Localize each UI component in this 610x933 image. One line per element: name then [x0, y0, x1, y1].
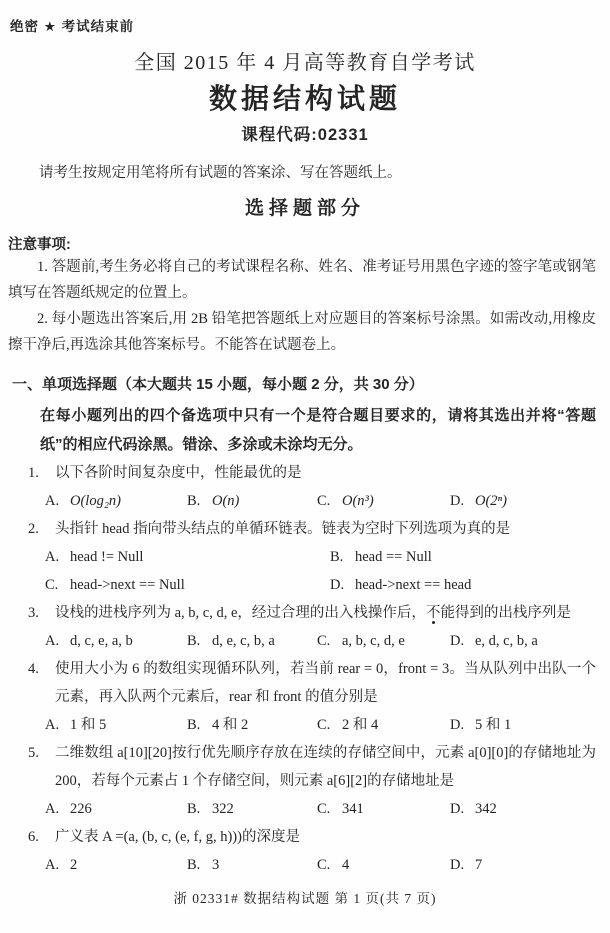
option-label: A.	[45, 851, 70, 879]
question-3-number: 3.	[28, 599, 55, 627]
question-3-option-c: C.a, b, c, d, e	[317, 627, 450, 655]
option-label: B.	[187, 627, 212, 655]
exam-paper-page: 绝密 ★ 考试结束前 全国 2015 年 4 月高等教育自学考试 数据结构试题 …	[0, 0, 610, 933]
question-1-option-c: C.O(n³)	[317, 487, 450, 515]
notes-heading: 注意事项:	[8, 233, 610, 254]
question-4-stem-row: 4. 使用大小为 6 的数组实现循环队列，若当前 rear = 0，front …	[28, 655, 596, 711]
question-5: 5. 二维数组 a[10][20]按行优先顺序存放在连续的存储空间中，元素 a[…	[28, 739, 596, 823]
question-1-option-a: A.O(log₂n)	[45, 487, 187, 515]
classification-banner: 绝密 ★ 考试结束前	[0, 0, 610, 35]
question-1-stem: 以下各阶时间复杂度中，性能最优的是	[55, 459, 596, 487]
option-text: head == Null	[355, 549, 432, 565]
option-text: 4 和 2	[212, 717, 248, 733]
option-label: D.	[450, 487, 475, 515]
question-1-number: 1.	[28, 459, 55, 487]
question-3-stem: 设栈的进栈序列为 a, b, c, d, e，经过合理的出入栈操作后，不能得到的…	[55, 599, 596, 627]
note-item-2: 2. 每小题选出答案后,用 2B 铅笔把答题纸上对应题目的答案标号涂黑。如需改动…	[8, 306, 596, 358]
part-one-heading: 一、 单项选择题（本大题共 15 小题，每小题 2 分，共 30 分）	[12, 374, 596, 396]
question-4: 4. 使用大小为 6 的数组实现循环队列，若当前 rear = 0，front …	[28, 655, 596, 739]
question-6-options: A.2 B.3 C.4 D.7	[45, 851, 596, 879]
question-5-option-c: C.341	[317, 795, 450, 823]
question-3-options: A.d, c, e, a, b B.d, e, c, b, a C.a, b, …	[45, 627, 596, 655]
question-2-option-d: D.head->next == head	[330, 571, 596, 599]
option-text: 5 和 1	[475, 717, 511, 733]
question-1-option-b: B.O(n)	[187, 487, 317, 515]
part-one-title: 单项选择题（本大题共 15 小题，每小题 2 分，共 30 分）	[42, 374, 424, 396]
option-label: C.	[317, 851, 342, 879]
question-4-stem: 使用大小为 6 的数组实现循环队列，若当前 rear = 0，front = 3…	[55, 655, 596, 711]
option-text: O(n³)	[342, 493, 374, 509]
question-3: 3. 设栈的进栈序列为 a, b, c, d, e，经过合理的出入栈操作后，不能…	[28, 599, 596, 655]
question-6-option-c: C.4	[317, 851, 450, 879]
question-5-stem: 二维数组 a[10][20]按行优先顺序存放在连续的存储空间中，元素 a[0][…	[55, 739, 596, 795]
question-2: 2. 头指针 head 指向带头结点的单循环链表。链表为空时下列选项为真的是 A…	[28, 515, 596, 599]
question-2-option-b: B.head == Null	[330, 543, 596, 571]
option-text: a, b, c, d, e	[342, 633, 405, 649]
option-text: d, e, c, b, a	[212, 633, 275, 649]
option-text: 2 和 4	[342, 717, 378, 733]
part-one-instruction: 在每小题列出的四个备选项中只有一个是符合题目要求的，请将其选出并将“答题纸”的相…	[40, 401, 596, 459]
question-6-number: 6.	[28, 823, 55, 851]
question-5-options: A.226 B.322 C.341 D.342	[45, 795, 596, 823]
question-5-option-a: A.226	[45, 795, 187, 823]
stem-text: 能得到的出栈序列是	[440, 605, 571, 621]
question-6-option-a: A.2	[45, 851, 187, 879]
question-4-option-b: B.4 和 2	[187, 711, 317, 739]
question-4-option-a: A.1 和 5	[45, 711, 187, 739]
option-text: 226	[70, 801, 92, 817]
question-6-stem: 广义表 A =(a, (b, c, (e, f, g, h)))的深度是	[55, 823, 596, 851]
question-1-options: A.O(log₂n) B.O(n) C.O(n³) D.O(2ⁿ)	[45, 487, 596, 515]
stem-text: 设栈的进栈序列为 a, b, c, d, e，经过合理的出入栈操作后，	[55, 605, 426, 621]
option-label: A.	[45, 711, 70, 739]
question-5-option-b: B.322	[187, 795, 317, 823]
question-3-option-a: A.d, c, e, a, b	[45, 627, 187, 655]
option-text: O(2ⁿ)	[475, 493, 507, 509]
option-label: D.	[450, 851, 475, 879]
question-5-option-d: D.342	[450, 795, 596, 823]
question-6-option-d: D.7	[450, 851, 596, 879]
option-label: C.	[317, 795, 342, 823]
option-text: head->next == Null	[70, 577, 185, 593]
question-3-option-d: D.e, d, c, b, a	[450, 627, 596, 655]
option-text: head != Null	[70, 549, 143, 565]
option-label: B.	[187, 851, 212, 879]
question-5-stem-row: 5. 二维数组 a[10][20]按行优先顺序存放在连续的存储空间中，元素 a[…	[28, 739, 596, 795]
question-1: 1. 以下各阶时间复杂度中，性能最优的是 A.O(log₂n) B.O(n) C…	[28, 459, 596, 515]
option-label: A.	[45, 487, 70, 515]
option-label: D.	[450, 627, 475, 655]
question-6: 6. 广义表 A =(a, (b, c, (e, f, g, h)))的深度是 …	[28, 823, 596, 879]
answer-sheet-instruction: 请考生按规定用笔将所有试题的答案涂、写在答题纸上。	[10, 162, 596, 184]
question-1-option-d: D.O(2ⁿ)	[450, 487, 596, 515]
question-2-option-c: C.head->next == Null	[45, 571, 330, 599]
option-label: C.	[317, 711, 342, 739]
option-text: 322	[212, 801, 234, 817]
emphasized-char: 不	[426, 605, 441, 621]
option-label: B.	[187, 487, 212, 515]
section-heading: 选择题部分	[0, 193, 610, 220]
question-3-option-b: B.d, e, c, b, a	[187, 627, 317, 655]
option-text: 341	[342, 801, 364, 817]
question-2-stem: 头指针 head 指向带头结点的单循环链表。链表为空时下列选项为真的是	[55, 515, 596, 543]
question-4-options: A.1 和 5 B.4 和 2 C.2 和 4 D.5 和 1	[45, 711, 596, 739]
option-label: C.	[317, 487, 342, 515]
question-4-option-c: C.2 和 4	[317, 711, 450, 739]
question-5-number: 5.	[28, 739, 55, 795]
course-code: 课程代码:02331	[0, 121, 610, 145]
question-1-stem-row: 1. 以下各阶时间复杂度中，性能最优的是	[28, 459, 596, 487]
option-label: D.	[450, 795, 475, 823]
question-2-option-a: A.head != Null	[45, 543, 330, 571]
note-item-1: 1. 答题前,考生务必将自己的考试课程名称、姓名、准考证号用黑色字迹的签字笔或钢…	[8, 254, 596, 306]
option-label: C.	[45, 571, 70, 599]
option-label: C.	[317, 627, 342, 655]
question-2-number: 2.	[28, 515, 55, 543]
question-2-options: A.head != Null B.head == Null C.head->ne…	[45, 543, 596, 599]
option-label: B.	[187, 711, 212, 739]
option-text: e, d, c, b, a	[475, 633, 538, 649]
option-text: 3	[212, 857, 219, 873]
page-footer: 浙 02331# 数据结构试题 第 1 页(共 7 页)	[0, 887, 610, 907]
option-label: A.	[45, 627, 70, 655]
option-text: O(log₂n)	[70, 493, 121, 509]
question-2-stem-row: 2. 头指针 head 指向带头结点的单循环链表。链表为空时下列选项为真的是	[28, 515, 596, 543]
option-label: A.	[45, 543, 70, 571]
option-label: D.	[450, 711, 475, 739]
option-text: head->next == head	[355, 577, 471, 593]
option-label: D.	[330, 571, 355, 599]
option-text: O(n)	[212, 493, 239, 509]
option-text: 342	[475, 801, 497, 817]
subject-title: 数据结构试题	[0, 77, 610, 117]
question-6-option-b: B.3	[187, 851, 317, 879]
option-label: B.	[330, 543, 355, 571]
exam-title: 全国 2015 年 4 月高等教育自学考试	[0, 46, 610, 75]
question-6-stem-row: 6. 广义表 A =(a, (b, c, (e, f, g, h)))的深度是	[28, 823, 596, 851]
option-text: d, c, e, a, b	[70, 633, 133, 649]
question-4-option-d: D.5 和 1	[450, 711, 596, 739]
option-label: B.	[187, 795, 212, 823]
option-text: 4	[342, 857, 349, 873]
question-4-number: 4.	[28, 655, 55, 711]
option-text: 2	[70, 857, 77, 873]
option-text: 1 和 5	[70, 717, 106, 733]
part-one-label: 一、	[12, 374, 42, 396]
question-3-stem-row: 3. 设栈的进栈序列为 a, b, c, d, e，经过合理的出入栈操作后，不能…	[28, 599, 596, 627]
option-text: 7	[475, 857, 482, 873]
option-label: A.	[45, 795, 70, 823]
